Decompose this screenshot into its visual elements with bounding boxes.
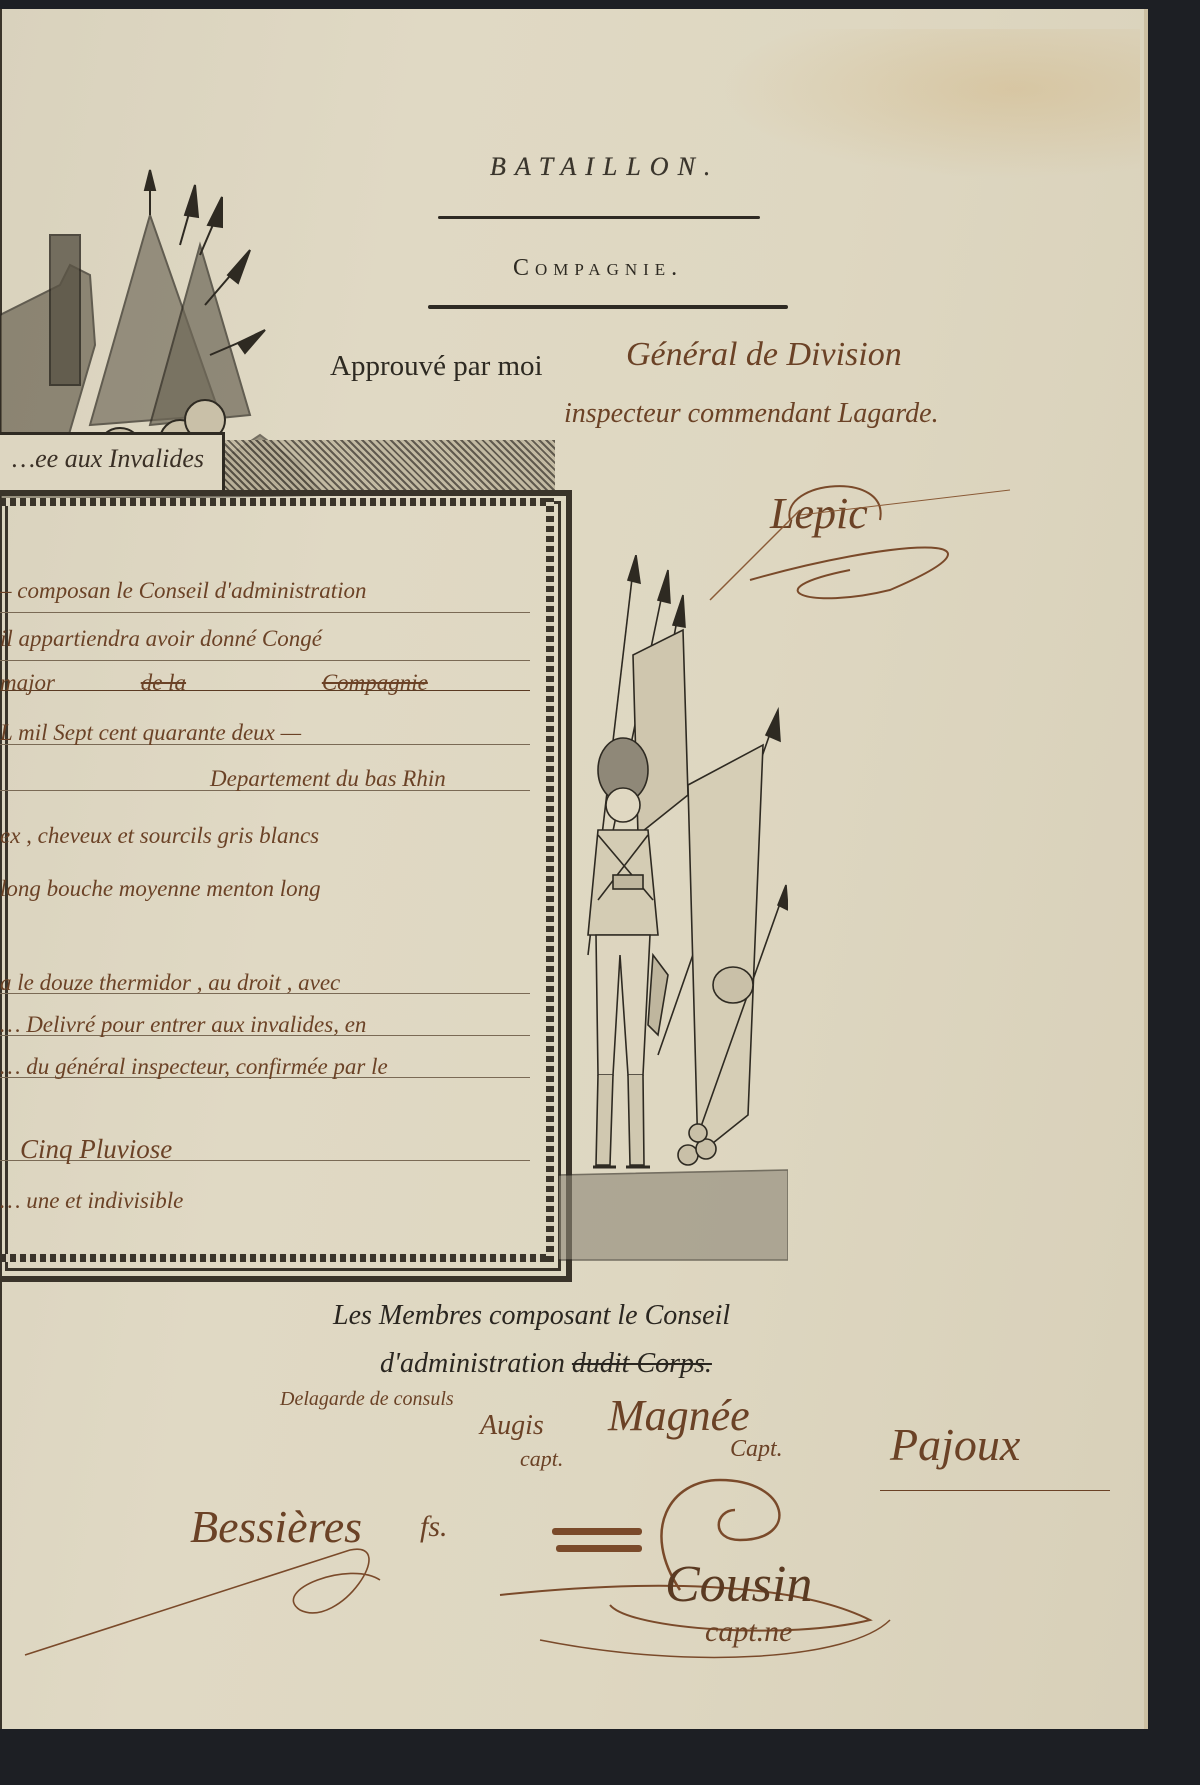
engraving-plinth [225, 440, 555, 495]
form-line-7: long bouche moyenne menton long [0, 876, 321, 902]
form-line-6: ex , cheveux et sourcils gris blancs [0, 823, 319, 849]
signature-delagarde: Delagarde de consuls [280, 1388, 454, 1411]
form-line-5: Departement du bas Rhin [210, 766, 446, 792]
form-line-10: … du général inspecteur, confirmée par l… [0, 1054, 388, 1080]
form-line-3-text: major [0, 670, 55, 695]
form-line-2: il appartiendra avoir donné Congé [0, 626, 322, 652]
form-line-11: Cinq Pluviose [20, 1134, 172, 1165]
form-line-3-struck: de la [141, 670, 186, 695]
council-heading-line2: d'administration dudit Corps. [380, 1348, 712, 1380]
signature-bessieres-suffix: fs. [420, 1510, 448, 1544]
compagnie-heading: Compagnie. [513, 255, 683, 282]
approval-handwritten-rank: Général de Division [626, 336, 902, 374]
form-rule [0, 660, 530, 661]
approval-handwritten-title: inspecteur commendant Lagarde. [564, 398, 939, 430]
council-heading-line1: Les Membres composant le Conseil [333, 1300, 730, 1332]
paper-stain [720, 29, 1140, 179]
signature-augis-title: capt. [520, 1446, 563, 1472]
signature-augis: Augis [480, 1410, 544, 1442]
grenadier-soldier-engraving-icon [558, 555, 788, 1265]
form-line-3: major de la Compagnie [0, 670, 428, 696]
bataillon-heading: BATAILLON. [490, 152, 719, 182]
signature-magnee: Magnée [608, 1390, 750, 1441]
form-line-1: – composan le Conseil d'administration [0, 578, 367, 604]
signature-cousin: Cousin [665, 1555, 812, 1614]
bessieres-flourish-icon [20, 1540, 440, 1660]
invalides-banner-text: …ee aux Invalides [12, 444, 204, 474]
signature-magnee-title: Capt. [730, 1436, 783, 1463]
form-line-9: … Delivré pour entrer aux invalides, en [0, 1012, 366, 1038]
frame-bottom-band [0, 1254, 554, 1262]
form-line-4: L mil Sept cent quarante deux — [0, 720, 301, 746]
form-line-12: … une et indivisible [0, 1188, 183, 1214]
form-line-3-trailing: Compagnie [322, 670, 428, 695]
signature-right: Pajoux [890, 1418, 1020, 1471]
frame-right-band [546, 498, 554, 1262]
council-heading-struck: dudit Corps. [572, 1348, 712, 1379]
signature-cousin-title: capt.ne [705, 1615, 792, 1649]
council-heading-prefix: d'administration [380, 1348, 565, 1379]
frame-top-band [0, 498, 554, 506]
form-rule [0, 612, 530, 613]
form-line-8: a le douze thermidor , au droit , avec [0, 970, 340, 996]
